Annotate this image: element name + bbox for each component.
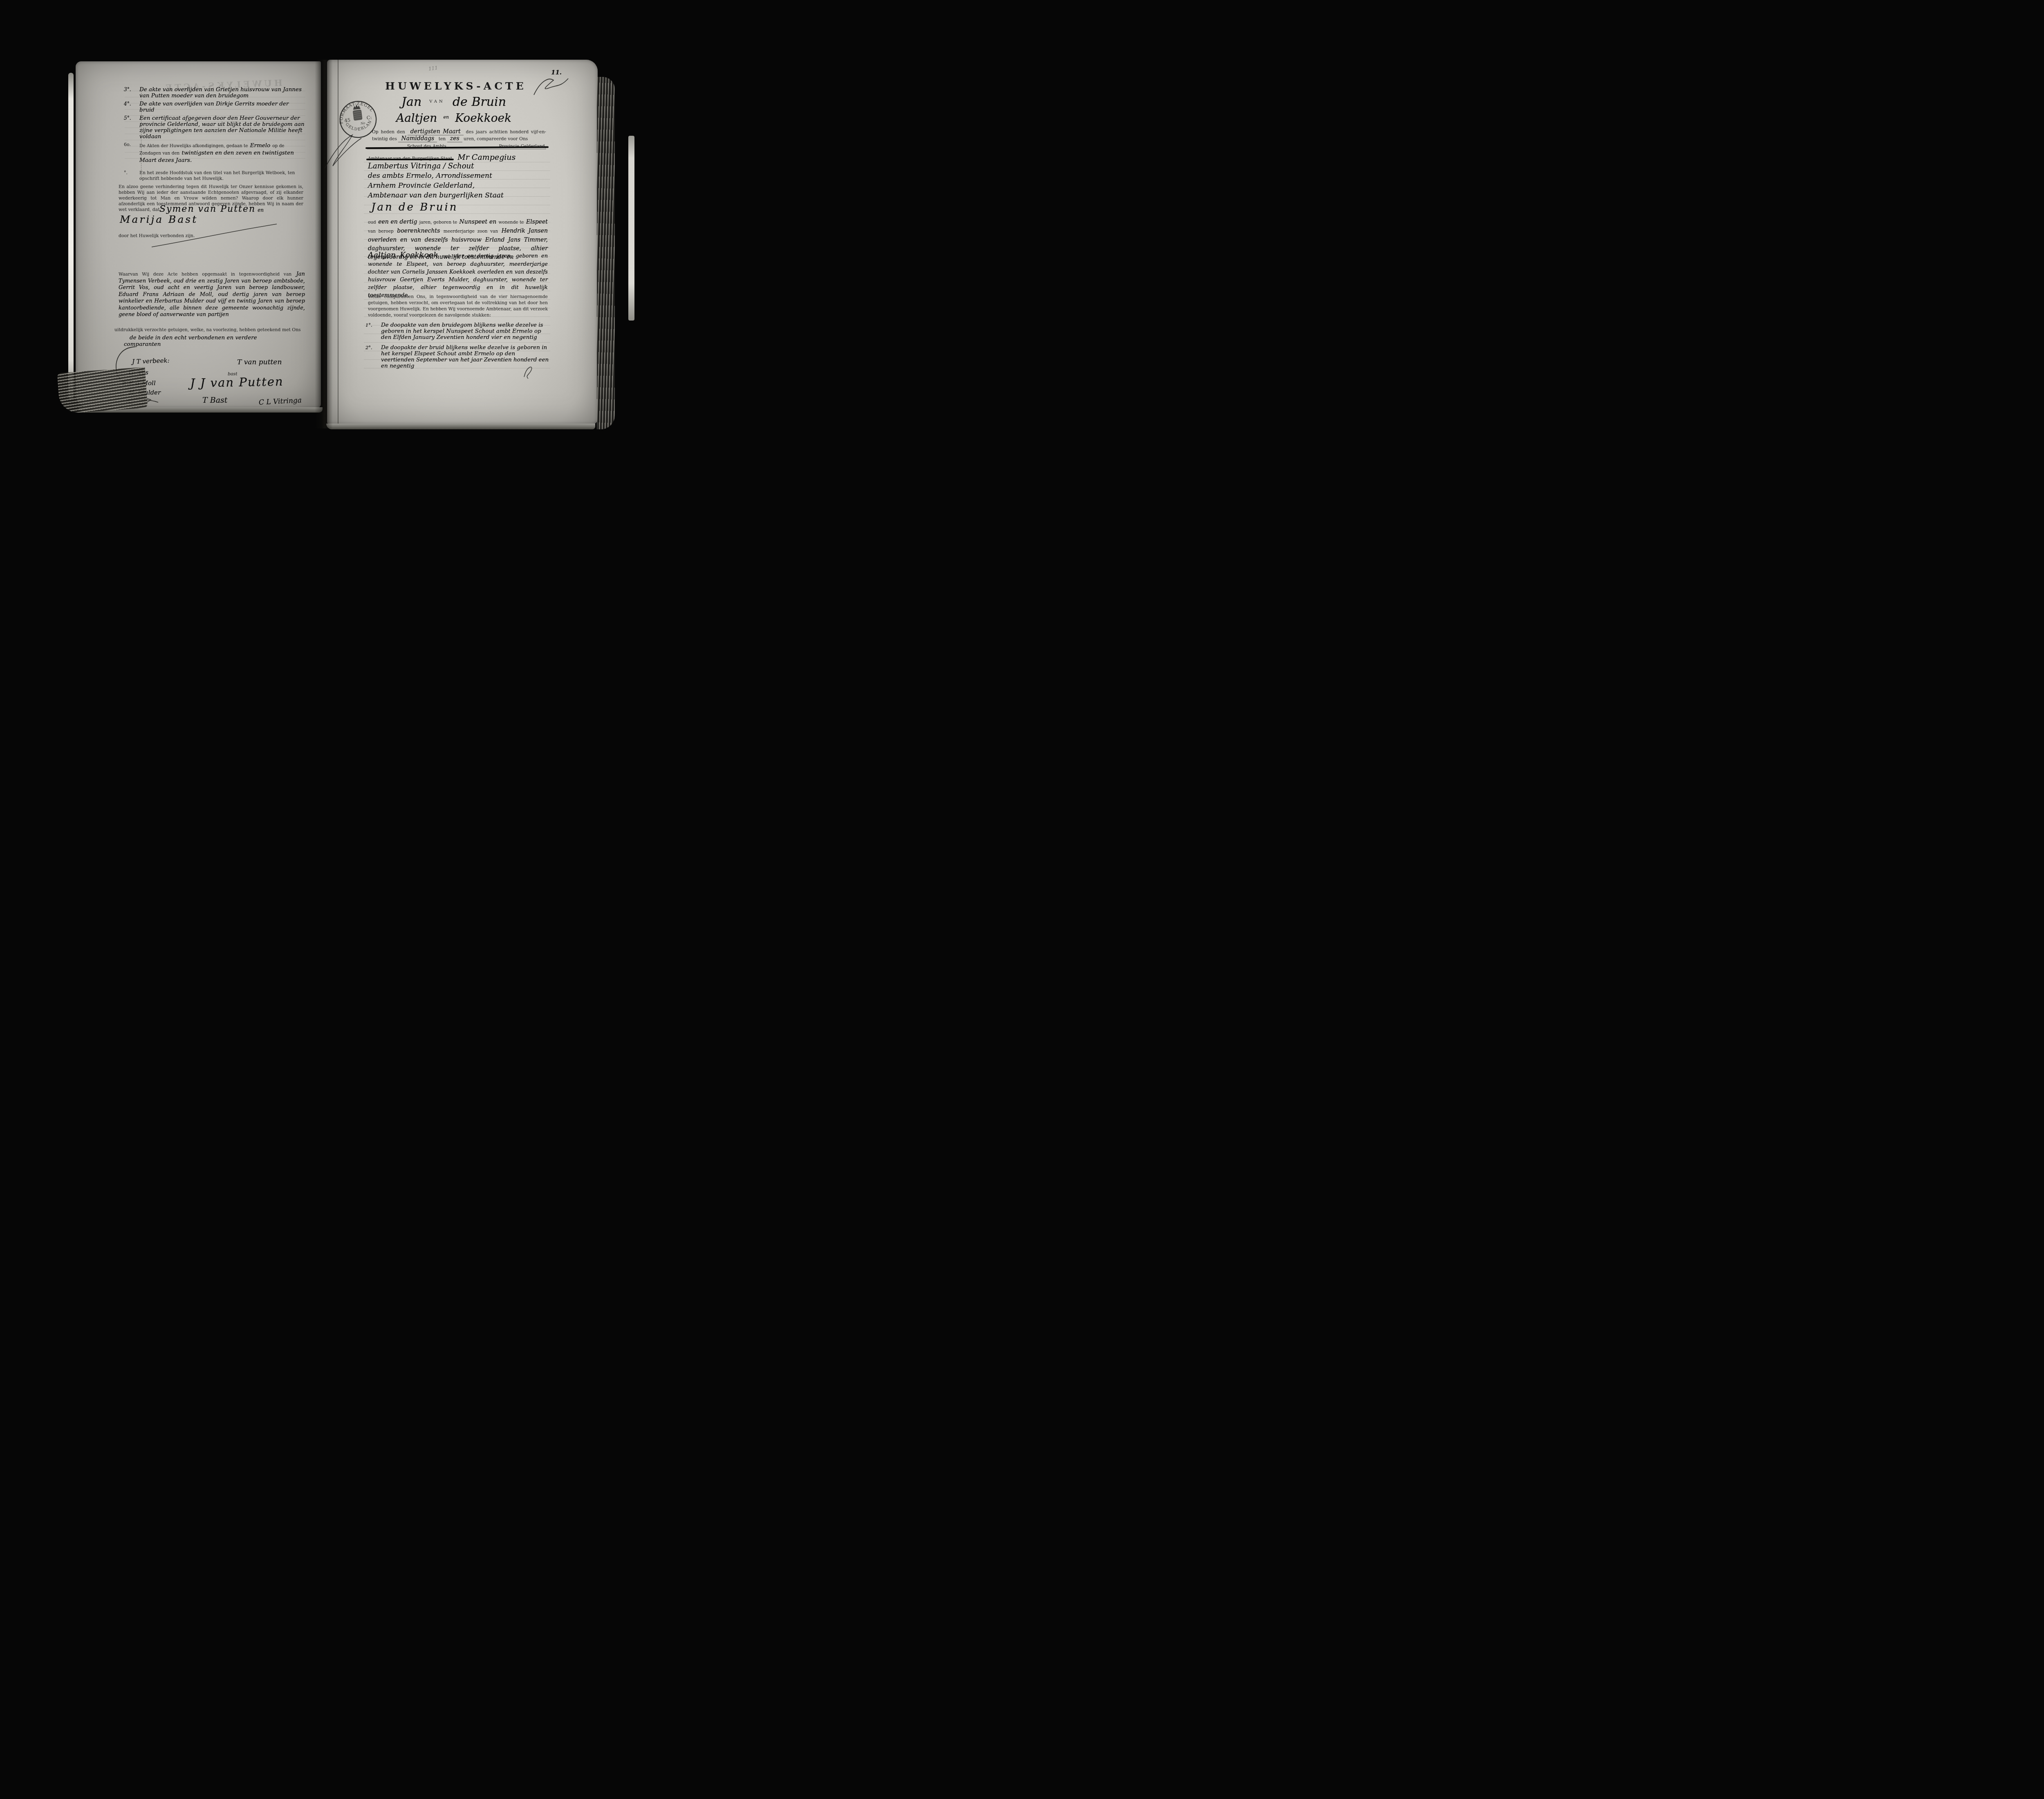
- struck-province-label: Provincie Gelderland,: [499, 144, 546, 149]
- stamp-no-label: No: [360, 121, 366, 125]
- witness-paragraph-handwritten: Jan Tymensen Verbeek, oud drie en zestig…: [119, 271, 305, 318]
- page-stack-right: [597, 77, 615, 429]
- witness-paragraph-printed: Waarvan Wij deze Acte hebben opgemaakt i…: [119, 271, 291, 277]
- groom-name-previous-act: Symen van Putten: [159, 204, 255, 214]
- groom-age: een en dertig: [378, 219, 417, 225]
- list-item: °. En het zesde Hoofdstuk van den titel …: [124, 170, 305, 182]
- intro-printed: ten: [439, 136, 446, 141]
- pencil-folio-mark: 111: [428, 65, 438, 72]
- page-title: HUWELYKS-ACTE: [360, 80, 552, 92]
- official-name-start: Mr Campegius: [457, 153, 515, 162]
- printed-text: jaren, geboren te: [419, 220, 457, 225]
- signature-verbeek: J T verbeek:: [132, 357, 170, 365]
- struck-ambtenaar-label: Ambtenaar van den Burgerlijken Staat: [368, 156, 452, 161]
- groom-name-title-last: de Bruin: [453, 95, 506, 109]
- stamp-shield-icon: [353, 110, 363, 121]
- item-number: 4°.: [124, 101, 136, 113]
- official-line: Arnhem Provincie Gelderland,: [368, 182, 475, 190]
- groom-residence: Elspeet: [526, 219, 548, 225]
- bride-details: vier en dertig jaren, geboren en wonende…: [368, 253, 548, 298]
- item-text: Een certificaat afgegeven door den Heer …: [139, 115, 305, 140]
- printed-text: De Akten der Huwelijks afkondigingen, ge…: [139, 144, 248, 148]
- film-edge-left: [68, 73, 74, 399]
- struck-line-1: Schout des Ambts Provincie Gelderland,: [368, 144, 546, 150]
- groom-name-title-first: Jan: [401, 95, 421, 109]
- signature-vitringa: C L Vitringa: [259, 396, 302, 406]
- official-line: Lambertus Vitringa / Schout: [368, 162, 474, 170]
- request-paragraph: Welke comparanten Ons, in tegenwoordighe…: [368, 294, 548, 318]
- signature-van-putten-large: J J van Putten: [190, 375, 284, 390]
- official-line: des ambts Ermelo, Arrondissement: [368, 172, 492, 180]
- printed-text: meerderjarige zoon van: [444, 229, 498, 234]
- item-text: De akte van overlijden van Dirkje Gerrit…: [139, 101, 305, 113]
- date-fill: dertigsten Maart: [408, 128, 464, 135]
- printed-text: oud: [368, 220, 376, 225]
- struck-schout-label: Schout des Ambts: [407, 144, 446, 149]
- witnesses-signed-line: uitdrukkelijk verzochte getuigen, welke,…: [114, 327, 303, 332]
- right-page: 111 11. HUWELYKS-ACTE Jan VAN de Bruin A…: [327, 60, 598, 424]
- printed-text: van beroep: [368, 229, 394, 234]
- official-line: Ambtenaar van den burgerlijken Staat: [368, 191, 504, 200]
- item-number: 1°.: [365, 322, 378, 341]
- signature-bast: T Bast: [202, 396, 227, 405]
- en-label: en: [443, 114, 449, 120]
- daypart-fill: Namiddags: [398, 135, 437, 142]
- microfilm-scan: HUWELYKS-ACTE 3°. De akte van overlijden…: [0, 0, 643, 450]
- item-text: De doopakte van den bruidegom blijkens w…: [381, 322, 549, 341]
- item-text: En het zesde Hoofdstuk van den titel van…: [139, 170, 305, 182]
- list-item: 1°. De doopakte van den bruidegom blijke…: [365, 322, 549, 341]
- handwritten-fill: Ermelo: [250, 142, 271, 149]
- printed-text: oud: [442, 254, 450, 259]
- groom-birthplace: Nunspeet en: [459, 219, 497, 225]
- item-number: °.: [124, 170, 136, 182]
- stamp-value: 45: [344, 117, 351, 123]
- closing-handwritten-1: de beide in den echt verbondenen en verd…: [130, 334, 257, 341]
- stamp-paraph-signature: [321, 132, 370, 173]
- bride-name-title-last: Koekkoek: [455, 111, 511, 125]
- film-edge-right: [628, 136, 634, 321]
- van-label: VAN: [429, 99, 445, 104]
- intro-printed: uren, compareerde voor Ons: [464, 136, 528, 141]
- stamp-currency: C:: [366, 114, 372, 121]
- item-text: De akte van overlijden van Grietjen huis…: [139, 87, 305, 99]
- list-item: 3°. De akte van overlijden van Grietjen …: [124, 87, 305, 99]
- intro-printed: des jaars achttien honderd: [466, 129, 529, 135]
- bride-name-title-first: Aaltjen: [396, 111, 437, 125]
- item-number: 6o.: [124, 142, 136, 164]
- page-stack-bottom-left: [57, 367, 148, 414]
- en-connector: en: [258, 207, 264, 213]
- signature-van-putten: T van putten: [237, 358, 282, 366]
- bride-name-body: Aaltjen Koekkoek: [368, 251, 438, 260]
- pen-flourish-diagonal: [149, 222, 280, 250]
- groom-name-body: Jan de Bruin: [371, 201, 458, 213]
- item-number: 3°.: [124, 87, 136, 99]
- hour-fill: zes: [447, 135, 462, 142]
- list-item: 4°. De akte van overlijden van Dirkje Ge…: [124, 101, 305, 113]
- item-number: 2°.: [365, 345, 378, 369]
- list-item: 6o. De Akten der Huwelijks afkondigingen…: [124, 142, 305, 164]
- printed-text: wonende te: [499, 220, 524, 225]
- item-number: 5°.: [124, 115, 136, 140]
- list-item: 5°. Een certificaat afgegeven door den H…: [124, 115, 305, 140]
- groom-profession: boerenknechts: [397, 228, 440, 234]
- left-page: HUWELYKS-ACTE 3°. De akte van overlijden…: [76, 61, 321, 408]
- pen-flourish-mark: [519, 363, 538, 381]
